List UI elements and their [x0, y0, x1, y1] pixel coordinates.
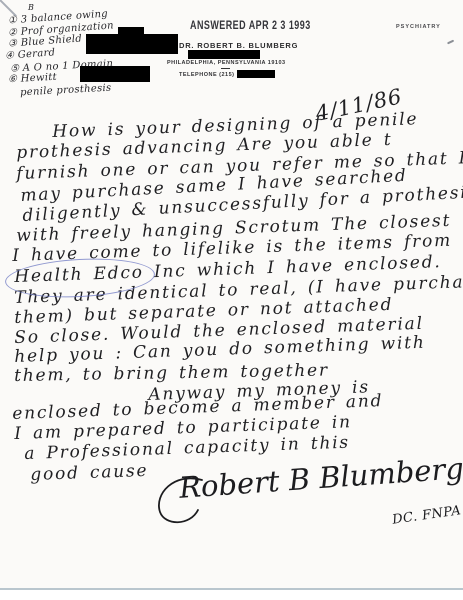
letterhead-name: DR. ROBERT B. BLUMBERG [179, 41, 298, 50]
redaction-bar [237, 70, 275, 78]
redaction-bar [86, 34, 178, 54]
letterhead-city: PHILADELPHIA, PENNSYLVANIA 19103 [167, 60, 286, 66]
margin-note-line: penile prosthesis [20, 83, 112, 99]
letter-line: good cause [30, 461, 149, 485]
margin-superscript: B [28, 3, 34, 12]
scanned-letter-page: ① 3 balance owing② Prof organization③ Bl… [0, 0, 463, 600]
department-label: PSYCHIATRY [396, 24, 441, 30]
scan-margin [0, 590, 463, 600]
margin-note-line: ④ Gerard [5, 47, 56, 61]
stray-pen-mark [447, 40, 454, 44]
answered-stamp: ANSWERED APR 2 3 1993 [190, 20, 311, 32]
signature-credentials: DC. FNPA [391, 503, 462, 528]
redaction-bar [188, 50, 260, 59]
letterhead-phone: TELEPHONE (215) [179, 72, 234, 78]
redaction-bar [80, 66, 150, 82]
letterhead-divider [221, 68, 230, 69]
margin-note-line: ⑥ Hewitt [8, 72, 57, 86]
